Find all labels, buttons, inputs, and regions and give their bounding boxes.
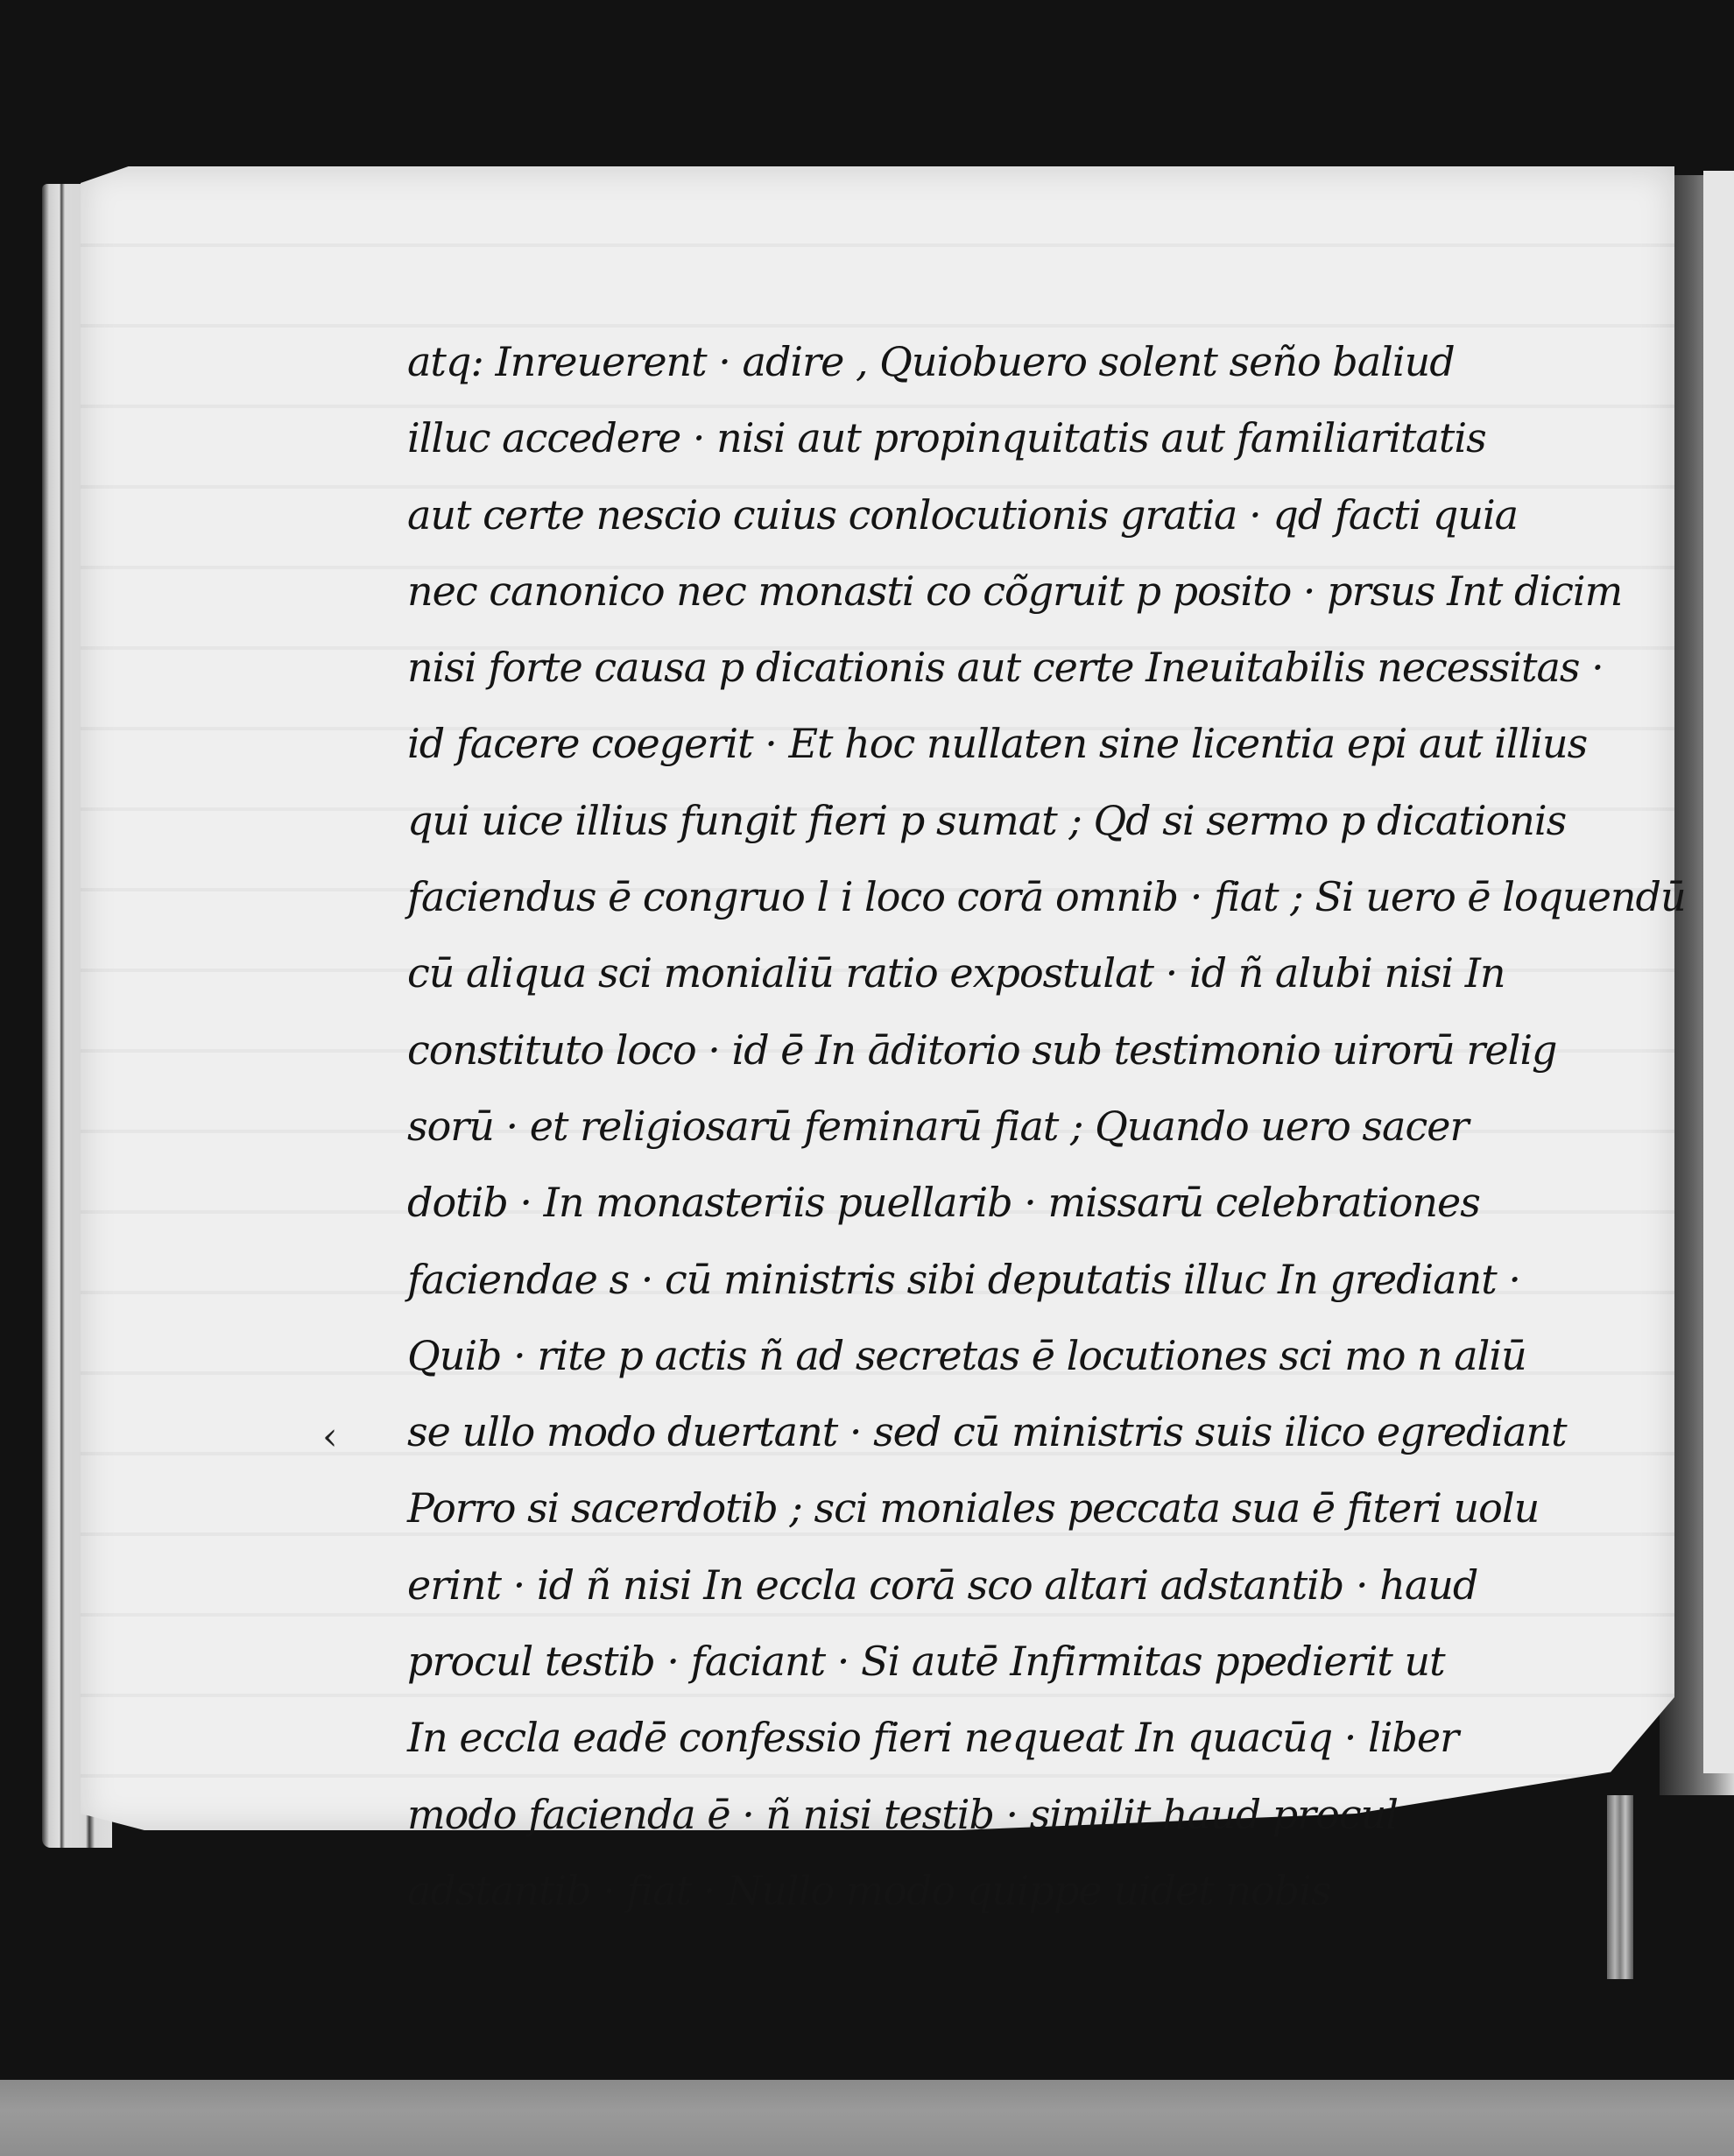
- text-line: Porro si sacerdotib ; sci moniales pecca…: [407, 1470, 1668, 1547]
- text-line: faciendus ē congruo l i loco corā omnib …: [407, 859, 1668, 935]
- text-line: Quib · rite p actis ñ ad secretas ē locu…: [407, 1318, 1668, 1394]
- text-line: constituto loco · id ē In āditorio sub t…: [407, 1012, 1668, 1089]
- text-line: erint · id ñ nisi In eccla corā sco alta…: [407, 1547, 1668, 1624]
- text-line: procul testib · faciant · Si autē Infirm…: [407, 1624, 1668, 1700]
- text-line: id facere coegerit · Et hoc nullaten sin…: [407, 706, 1668, 782]
- text-line: nisi forte causa p dicationis aut certe …: [407, 630, 1668, 706]
- text-line: cū aliqua sci monialiū ratio expostulat …: [407, 935, 1668, 1011]
- text-line: adstantib · fiat · Nullo modo quippe uid…: [407, 1853, 1668, 1929]
- margin-mark: ‹: [322, 1414, 338, 1459]
- manuscript-text: atq: Inreuerent · adire , Quiobuero sole…: [407, 324, 1668, 1929]
- text-line: dotib · In monasteriis puellarib · missa…: [407, 1165, 1668, 1241]
- text-line: sorū · et religiosarū feminarū fiat ; Qu…: [407, 1089, 1668, 1165]
- text-line: illuc accedere · nisi aut propinquitatis…: [407, 400, 1668, 476]
- text-line: qui uice illius fungit fieri p sumat ; Q…: [407, 783, 1668, 859]
- text-line: modo facienda ē · ñ nisi testib · simili…: [407, 1777, 1668, 1853]
- facing-page-edge: [1703, 171, 1734, 1773]
- bottom-gray-bar: [0, 2080, 1734, 2156]
- text-line: In eccla eadē confessio fieri nequeat In…: [407, 1700, 1668, 1776]
- text-line: nec canonico nec monasti co cõgruit p po…: [407, 553, 1668, 630]
- text-line: aut certe nescio cuius conlocutionis gra…: [407, 477, 1668, 553]
- text-line: atq: Inreuerent · adire , Quiobuero sole…: [407, 324, 1668, 400]
- text-line: faciendae s · cū ministris sibi deputati…: [407, 1242, 1668, 1318]
- text-line: se ullo modo duertant · sed cū ministris…: [407, 1394, 1668, 1470]
